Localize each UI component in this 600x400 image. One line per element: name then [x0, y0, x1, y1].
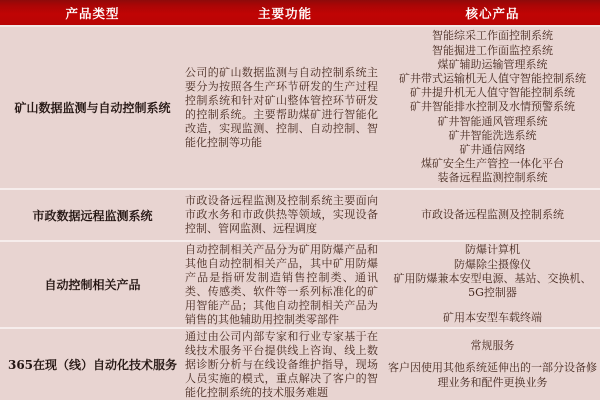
- product-type-cell: 市政数据远程监测系统: [0, 190, 185, 240]
- product-type-cell: 自动控制相关产品: [0, 242, 185, 327]
- product-item: 市政设备远程监测及控制系统: [387, 208, 598, 222]
- product-item: 装备远程监测控制系统: [387, 171, 598, 185]
- product-item: 防爆计算机: [387, 243, 598, 257]
- core-products-cell: 常规服务客户因使用其他系统延伸出的一部分设备修理业务和配件更换业务: [385, 329, 600, 400]
- table-header-row: 产品类型 主要功能 核心产品: [0, 0, 600, 27]
- table-body: 矿山数据监测与自动控制系统 公司的矿山数据监测与自动控制系统主要分为按照各生产环…: [0, 27, 600, 400]
- product-item: 煤矿安全生产管控一体化平台: [387, 157, 598, 171]
- main-function-text: 通过由公司内部专家和行业专家基于在线技术服务平台提供线上咨询、线上数据诊断分析与…: [185, 330, 378, 400]
- core-products-cell: 防爆计算机防爆除尘摄像仪矿用防爆兼本安型电源、基站、交换机、5G控制器矿用本安型…: [385, 242, 600, 327]
- main-function-cell: 公司的矿山数据监测与自动控制系统主要分为按照各生产环节研发的生产过程控制系统和针…: [185, 27, 385, 188]
- core-products-cell: 市政设备远程监测及控制系统: [385, 190, 600, 240]
- product-item: 矿井智能通风管理系统: [387, 115, 598, 129]
- product-type-cell: 365在现（线）自动化技术服务: [0, 329, 185, 400]
- product-table: 产品类型 主要功能 核心产品 矿山数据监测与自动控制系统 公司的矿山数据监测与自…: [0, 0, 600, 400]
- main-function-cell: 通过由公司内部专家和行业专家基于在线技术服务平台提供线上咨询、线上数据诊断分析与…: [185, 329, 385, 400]
- product-item: 矿井智能排水控制及水情预警系统: [387, 100, 598, 114]
- table-row: 自动控制相关产品 自动控制相关产品分为矿用防爆产品和其他自动控制相关产品，其中矿…: [0, 240, 600, 327]
- table-row: 矿山数据监测与自动控制系统 公司的矿山数据监测与自动控制系统主要分为按照各生产环…: [0, 27, 600, 188]
- main-function-text: 市政设备远程监测及控制系统主要面向市政水务和市政供热等领域，实现设备控制、管网监…: [185, 194, 378, 236]
- header-main-function: 主要功能: [185, 0, 385, 25]
- product-item: 矿井智能洗选系统: [387, 129, 598, 143]
- product-type-cell: 矿山数据监测与自动控制系统: [0, 27, 185, 188]
- product-item: 矿用本安型车载终端: [387, 311, 598, 325]
- product-item: 矿用防爆兼本安型电源、基站、交换机、5G控制器: [387, 272, 598, 300]
- main-function-cell: 自动控制相关产品分为矿用防爆产品和其他自动控制相关产品，其中矿用防爆产品是指研发…: [185, 242, 385, 327]
- product-item: 防爆除尘摄像仪: [387, 258, 598, 272]
- product-item: 矿井通信网络: [387, 143, 598, 157]
- product-item: 煤矿辅助运输管理系统: [387, 58, 598, 72]
- header-product-type: 产品类型: [0, 0, 185, 25]
- product-item: 矿井带式运输机无人值守智能控制系统: [387, 72, 598, 86]
- product-item: 智能掘进工作面监控系统: [387, 44, 598, 58]
- main-function-cell: 市政设备远程监测及控制系统主要面向市政水务和市政供热等领域，实现设备控制、管网监…: [185, 190, 385, 240]
- product-item: 客户因使用其他系统延伸出的一部分设备修理业务和配件更换业务: [387, 361, 598, 389]
- main-function-text: 公司的矿山数据监测与自动控制系统主要分为按照各生产环节研发的生产过程控制系统和针…: [185, 66, 378, 150]
- product-item: 智能综采工作面控制系统: [387, 29, 598, 43]
- main-function-text: 自动控制相关产品分为矿用防爆产品和其他自动控制相关产品，其中矿用防爆产品是指研发…: [185, 243, 378, 327]
- core-products-cell: 智能综采工作面控制系统智能掘进工作面监控系统煤矿辅助运输管理系统矿井带式运输机无…: [385, 27, 600, 188]
- product-item: 矿井提升机无人值守智能控制系统: [387, 86, 598, 100]
- header-core-products: 核心产品: [385, 0, 600, 25]
- table-row: 市政数据远程监测系统 市政设备远程监测及控制系统主要面向市政水务和市政供热等领域…: [0, 188, 600, 240]
- table-row: 365在现（线）自动化技术服务 通过由公司内部专家和行业专家基于在线技术服务平台…: [0, 327, 600, 400]
- product-item: 常规服务: [387, 339, 598, 353]
